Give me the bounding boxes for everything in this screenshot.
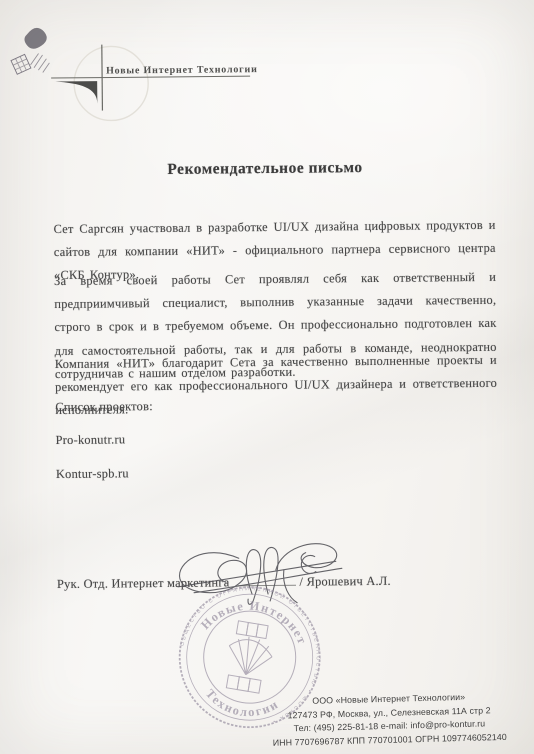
letterhead-brand-text: Новые Интернет Технологии (106, 64, 258, 76)
projects-label: Список проектов: (55, 399, 153, 415)
document-page: Новые Интернет Технологии Рекомендательн… (0, 0, 534, 754)
footer-company-details: ООО «Новые Интернет Технологии» 127473 Р… (245, 689, 534, 751)
stamp-center-emblem (222, 620, 277, 694)
project-item-kontur-spb: Kontur-spb.ru (56, 466, 129, 482)
letterhead-logo: Новые Интернет Технологии (51, 40, 254, 114)
letterhead-logo-icon: Новые Интернет Технологии (51, 40, 254, 114)
project-item-pro-konutr: Pro-konutr.ru (56, 432, 126, 448)
letter-title: Рекомендательное письмо (0, 157, 532, 180)
